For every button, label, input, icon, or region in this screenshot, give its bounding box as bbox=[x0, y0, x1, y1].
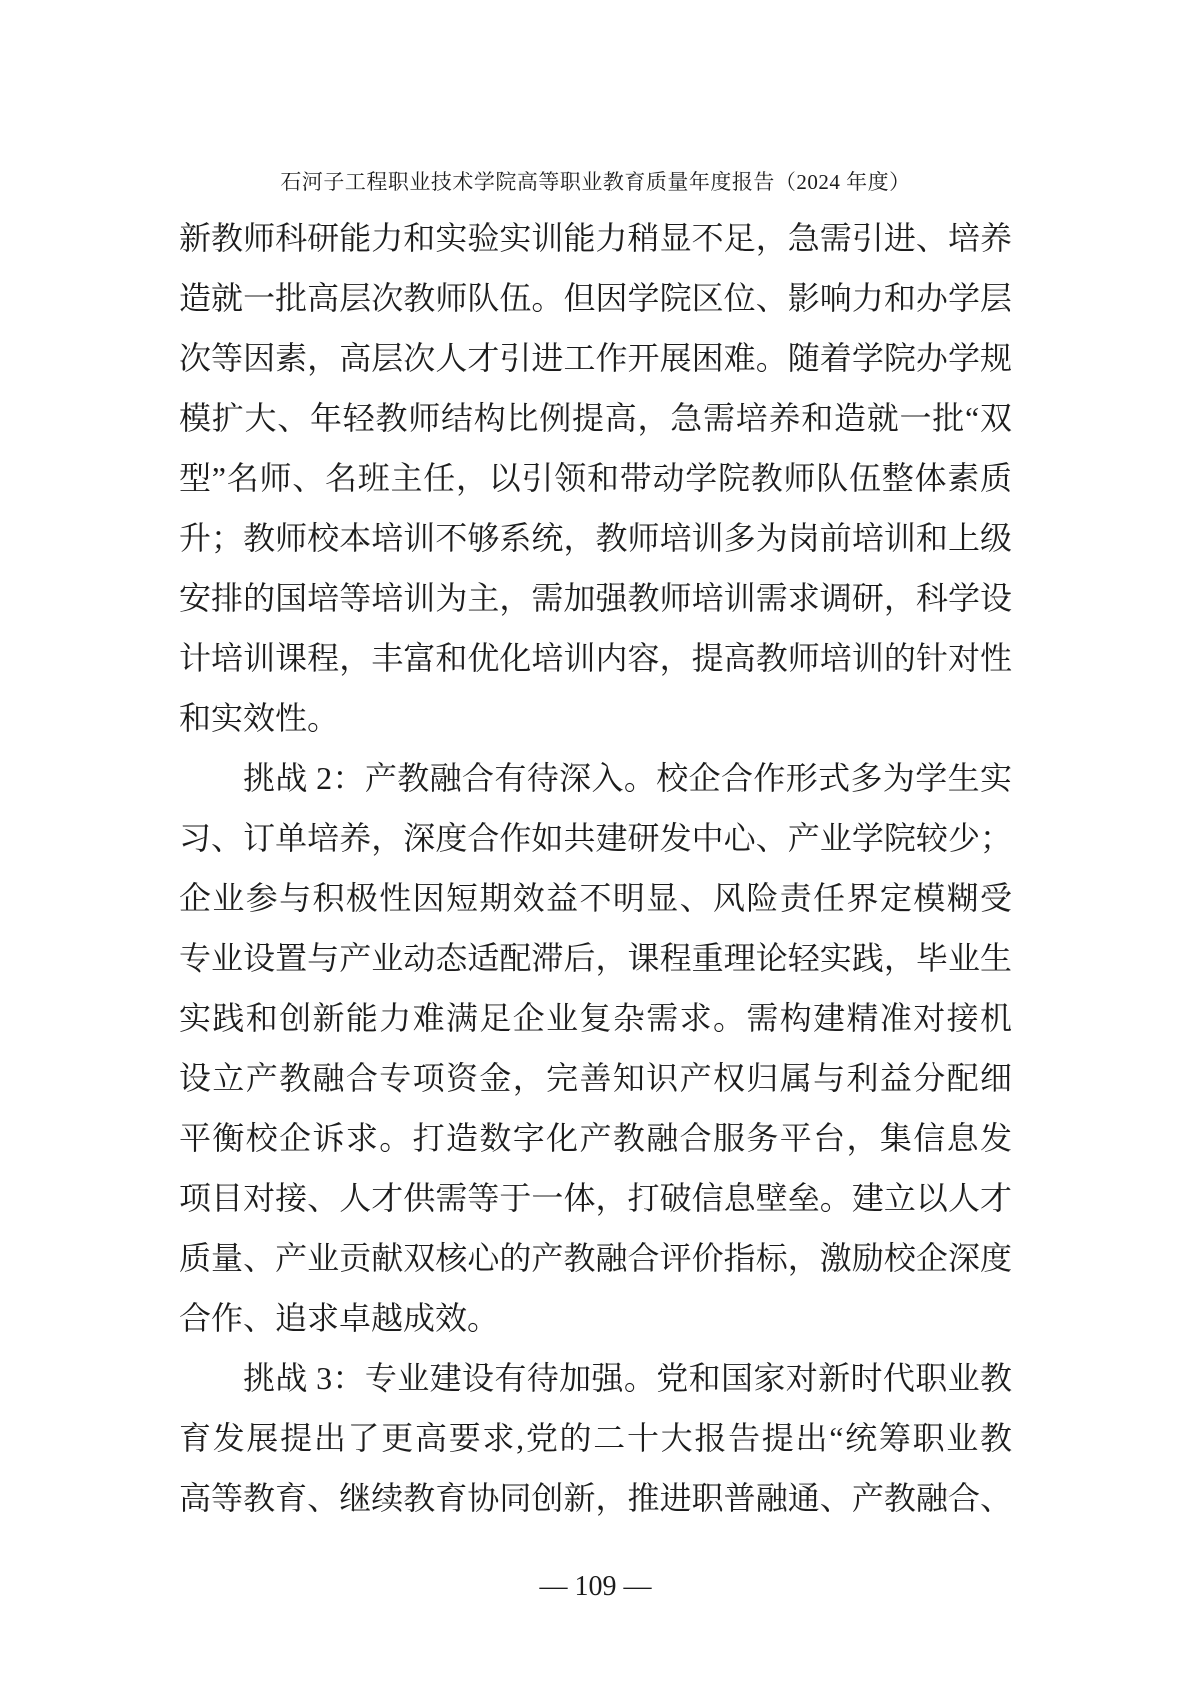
document-page: 石河子工程职业技术学院高等职业教育质量年度报告（2024 年度） 新教师科研能力… bbox=[0, 0, 1191, 1684]
document-body-text: 新教师科研能力和实验实训能力稍显不足，急需引进、培养造就一批高层次教师队伍。但因… bbox=[179, 208, 1012, 1528]
body-text-line: 习、订单培养，深度合作如共建研发中心、产业学院较少； bbox=[179, 808, 1012, 868]
body-text-line: 质量、产业贡献双核心的产教融合评价指标，激励校企深度 bbox=[179, 1228, 1012, 1288]
page-number: — 109 — bbox=[540, 1571, 652, 1602]
body-text-line: 和实效性。 bbox=[179, 688, 1012, 748]
body-text-line: 挑战 2：产教融合有待深入。校企合作形式多为学生实 bbox=[179, 748, 1012, 808]
running-header-title: 石河子工程职业技术学院高等职业教育质量年度报告（2024 年度） bbox=[0, 171, 1191, 193]
body-text-line: 高等教育、继续教育协同创新，推进职普融通、产教融合、 bbox=[179, 1468, 1012, 1528]
body-text-line: 安排的国培等培训为主，需加强教师培训需求调研，科学设 bbox=[179, 568, 1012, 628]
body-text-line: 新教师科研能力和实验实训能力稍显不足，急需引进、培养 bbox=[179, 208, 1012, 268]
body-text-line: 挑战 3：专业建设有待加强。党和国家对新时代职业教 bbox=[179, 1348, 1012, 1408]
body-text-line: 项目对接、人才供需等于一体，打破信息壁垒。建立以人才 bbox=[179, 1168, 1012, 1228]
body-text-line: 平衡校企诉求。打造数字化产教融合服务平台，集信息发布、 bbox=[179, 1108, 1012, 1168]
body-text-line: 型”名师、名班主任，以引领和带动学院教师队伍整体素质提 bbox=[179, 448, 1012, 508]
body-text-line: 设立产教融合专项资金，完善知识产权归属与利益分配细则， bbox=[179, 1048, 1012, 1108]
body-text-line: 造就一批高层次教师队伍。但因学院区位、影响力和办学层 bbox=[179, 268, 1012, 328]
body-text-line: 计培训课程，丰富和优化培训内容，提高教师培训的针对性 bbox=[179, 628, 1012, 688]
body-text-line: 专业设置与产业动态适配滞后，课程重理论轻实践，毕业生 bbox=[179, 928, 1012, 988]
body-text-line: 升；教师校本培训不够系统，教师培训多为岗前培训和上级 bbox=[179, 508, 1012, 568]
body-text-line: 育发展提出了更高要求,党的二十大报告提出“统筹职业教育、 bbox=[179, 1408, 1012, 1468]
body-text-line: 企业参与积极性因短期效益不明显、风险责任界定模糊受限； bbox=[179, 868, 1012, 928]
body-text-line: 实践和创新能力难满足企业复杂需求。需构建精准对接机制， bbox=[179, 988, 1012, 1048]
body-text-line: 次等因素，高层次人才引进工作开展困难。随着学院办学规 bbox=[179, 328, 1012, 388]
body-text-line: 模扩大、年轻教师结构比例提高，急需培养和造就一批“双师 bbox=[179, 388, 1012, 448]
page-footer: — 109 — bbox=[0, 1570, 1191, 1604]
body-text-line: 合作、追求卓越成效。 bbox=[179, 1288, 1012, 1348]
